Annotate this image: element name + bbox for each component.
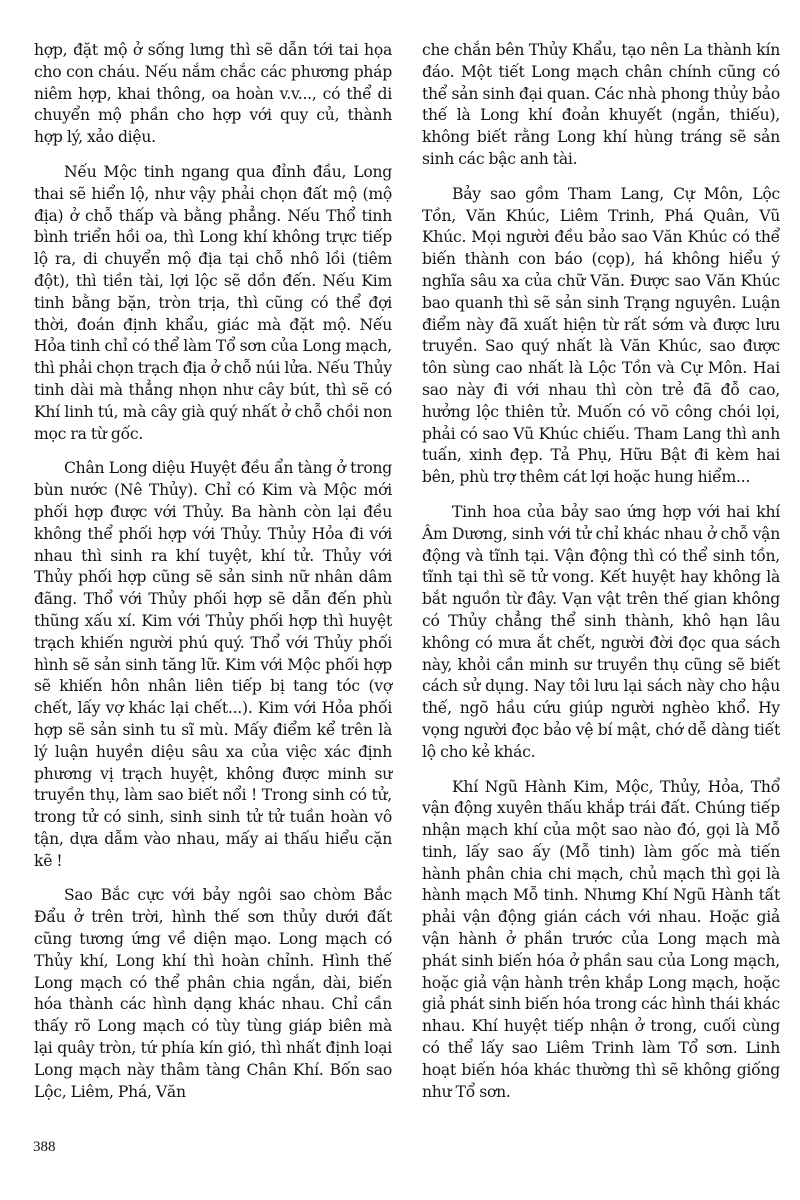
paragraph: Khí Ngũ Hành Kim, Mộc, Thủy, Hỏa, Thổ vậ… (422, 777, 780, 1104)
paragraph: Chân Long diệu Huyệt đều ẩn tàng ở trong… (34, 458, 392, 872)
paragraph: Tinh hoa của bảy sao ứng hợp với hai khí… (422, 502, 780, 764)
paragraph: hợp, đặt mộ ở sống lưng thì sẽ dẫn tới t… (34, 40, 392, 149)
paragraph: Sao Bắc cực với bảy ngôi sao chòm Bắc Đẩ… (34, 885, 392, 1103)
paragraph: Bảy sao gồm Tham Lang, Cự Môn, Lộc Tồn, … (422, 184, 780, 489)
paragraph: Nếu Mộc tinh ngang qua đỉnh đầu, Long th… (34, 162, 392, 445)
left-column: hợp, đặt mộ ở sống lưng thì sẽ dẫn tới t… (34, 40, 392, 1116)
page-number: 388 (33, 1139, 56, 1156)
book-page: hợp, đặt mộ ở sống lưng thì sẽ dẫn tới t… (0, 0, 800, 1200)
right-column: che chắn bên Thủy Khẩu, tạo nên La thành… (422, 40, 780, 1116)
paragraph: che chắn bên Thủy Khẩu, tạo nên La thành… (422, 40, 780, 171)
